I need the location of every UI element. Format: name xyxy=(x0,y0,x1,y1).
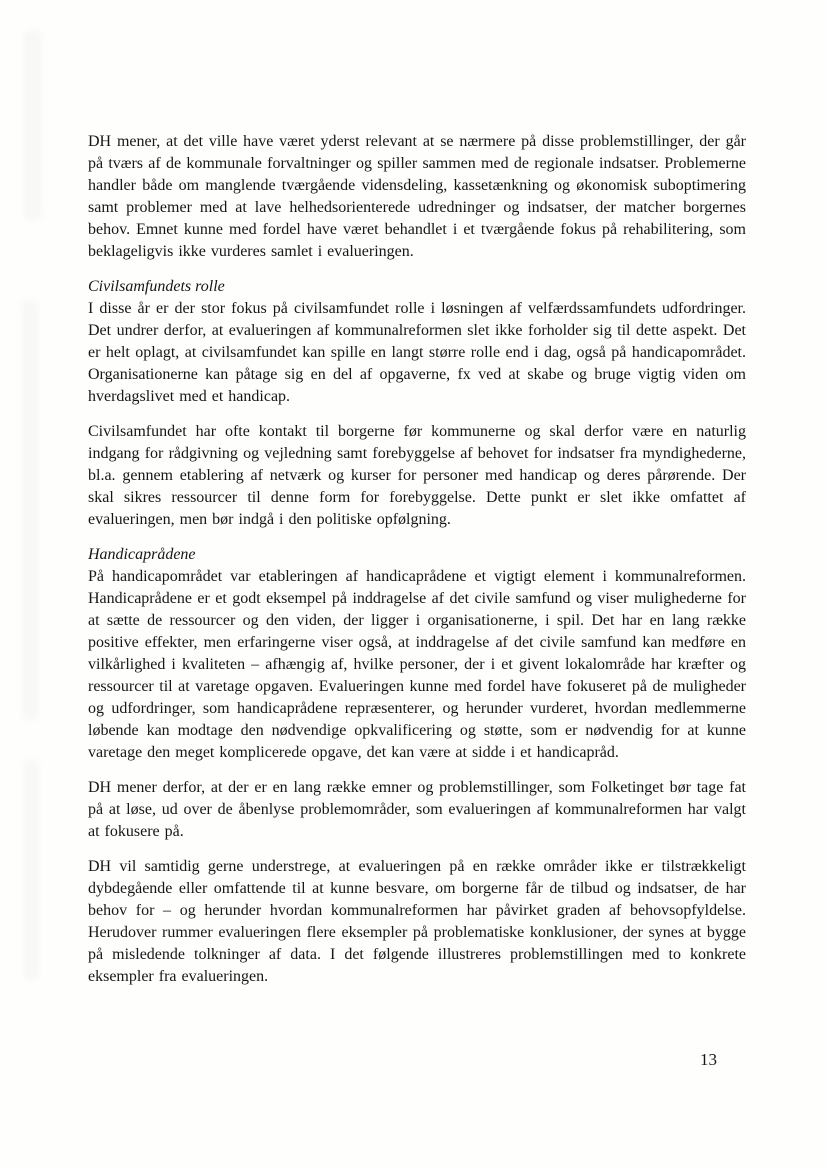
document-page: DH mener, at det ville have været yderst… xyxy=(0,0,826,1169)
text-block: DH mener, at det ville have været yderst… xyxy=(88,131,746,1001)
scan-ghosting-artifact xyxy=(22,300,38,720)
scan-ghosting-artifact xyxy=(24,30,42,220)
paragraph-civilsamfund-kontakt: Civilsamfundet har ofte kontakt til borg… xyxy=(88,421,746,531)
paragraph-handicapraadene: På handicapområdet var etableringen af h… xyxy=(88,566,746,764)
page-number: 13 xyxy=(700,1049,717,1071)
paragraph-dh-vil-samtidig: DH vil samtidig gerne understrege, at ev… xyxy=(88,856,746,988)
scan-ghosting-artifact xyxy=(24,760,39,980)
section-heading-civilsamfundets-rolle: Civilsamfundets rolle xyxy=(88,276,746,298)
section-heading-handicapraadene: Handicaprådene xyxy=(88,544,746,566)
paragraph-civilsamfund-fokus: I disse år er der stor fokus på civilsam… xyxy=(88,298,746,408)
paragraph-dh-mener-problemstillinger: DH mener, at det ville have været yderst… xyxy=(88,131,746,263)
paragraph-dh-mener-derfor: DH mener derfor, at der er en lang række… xyxy=(88,777,746,843)
